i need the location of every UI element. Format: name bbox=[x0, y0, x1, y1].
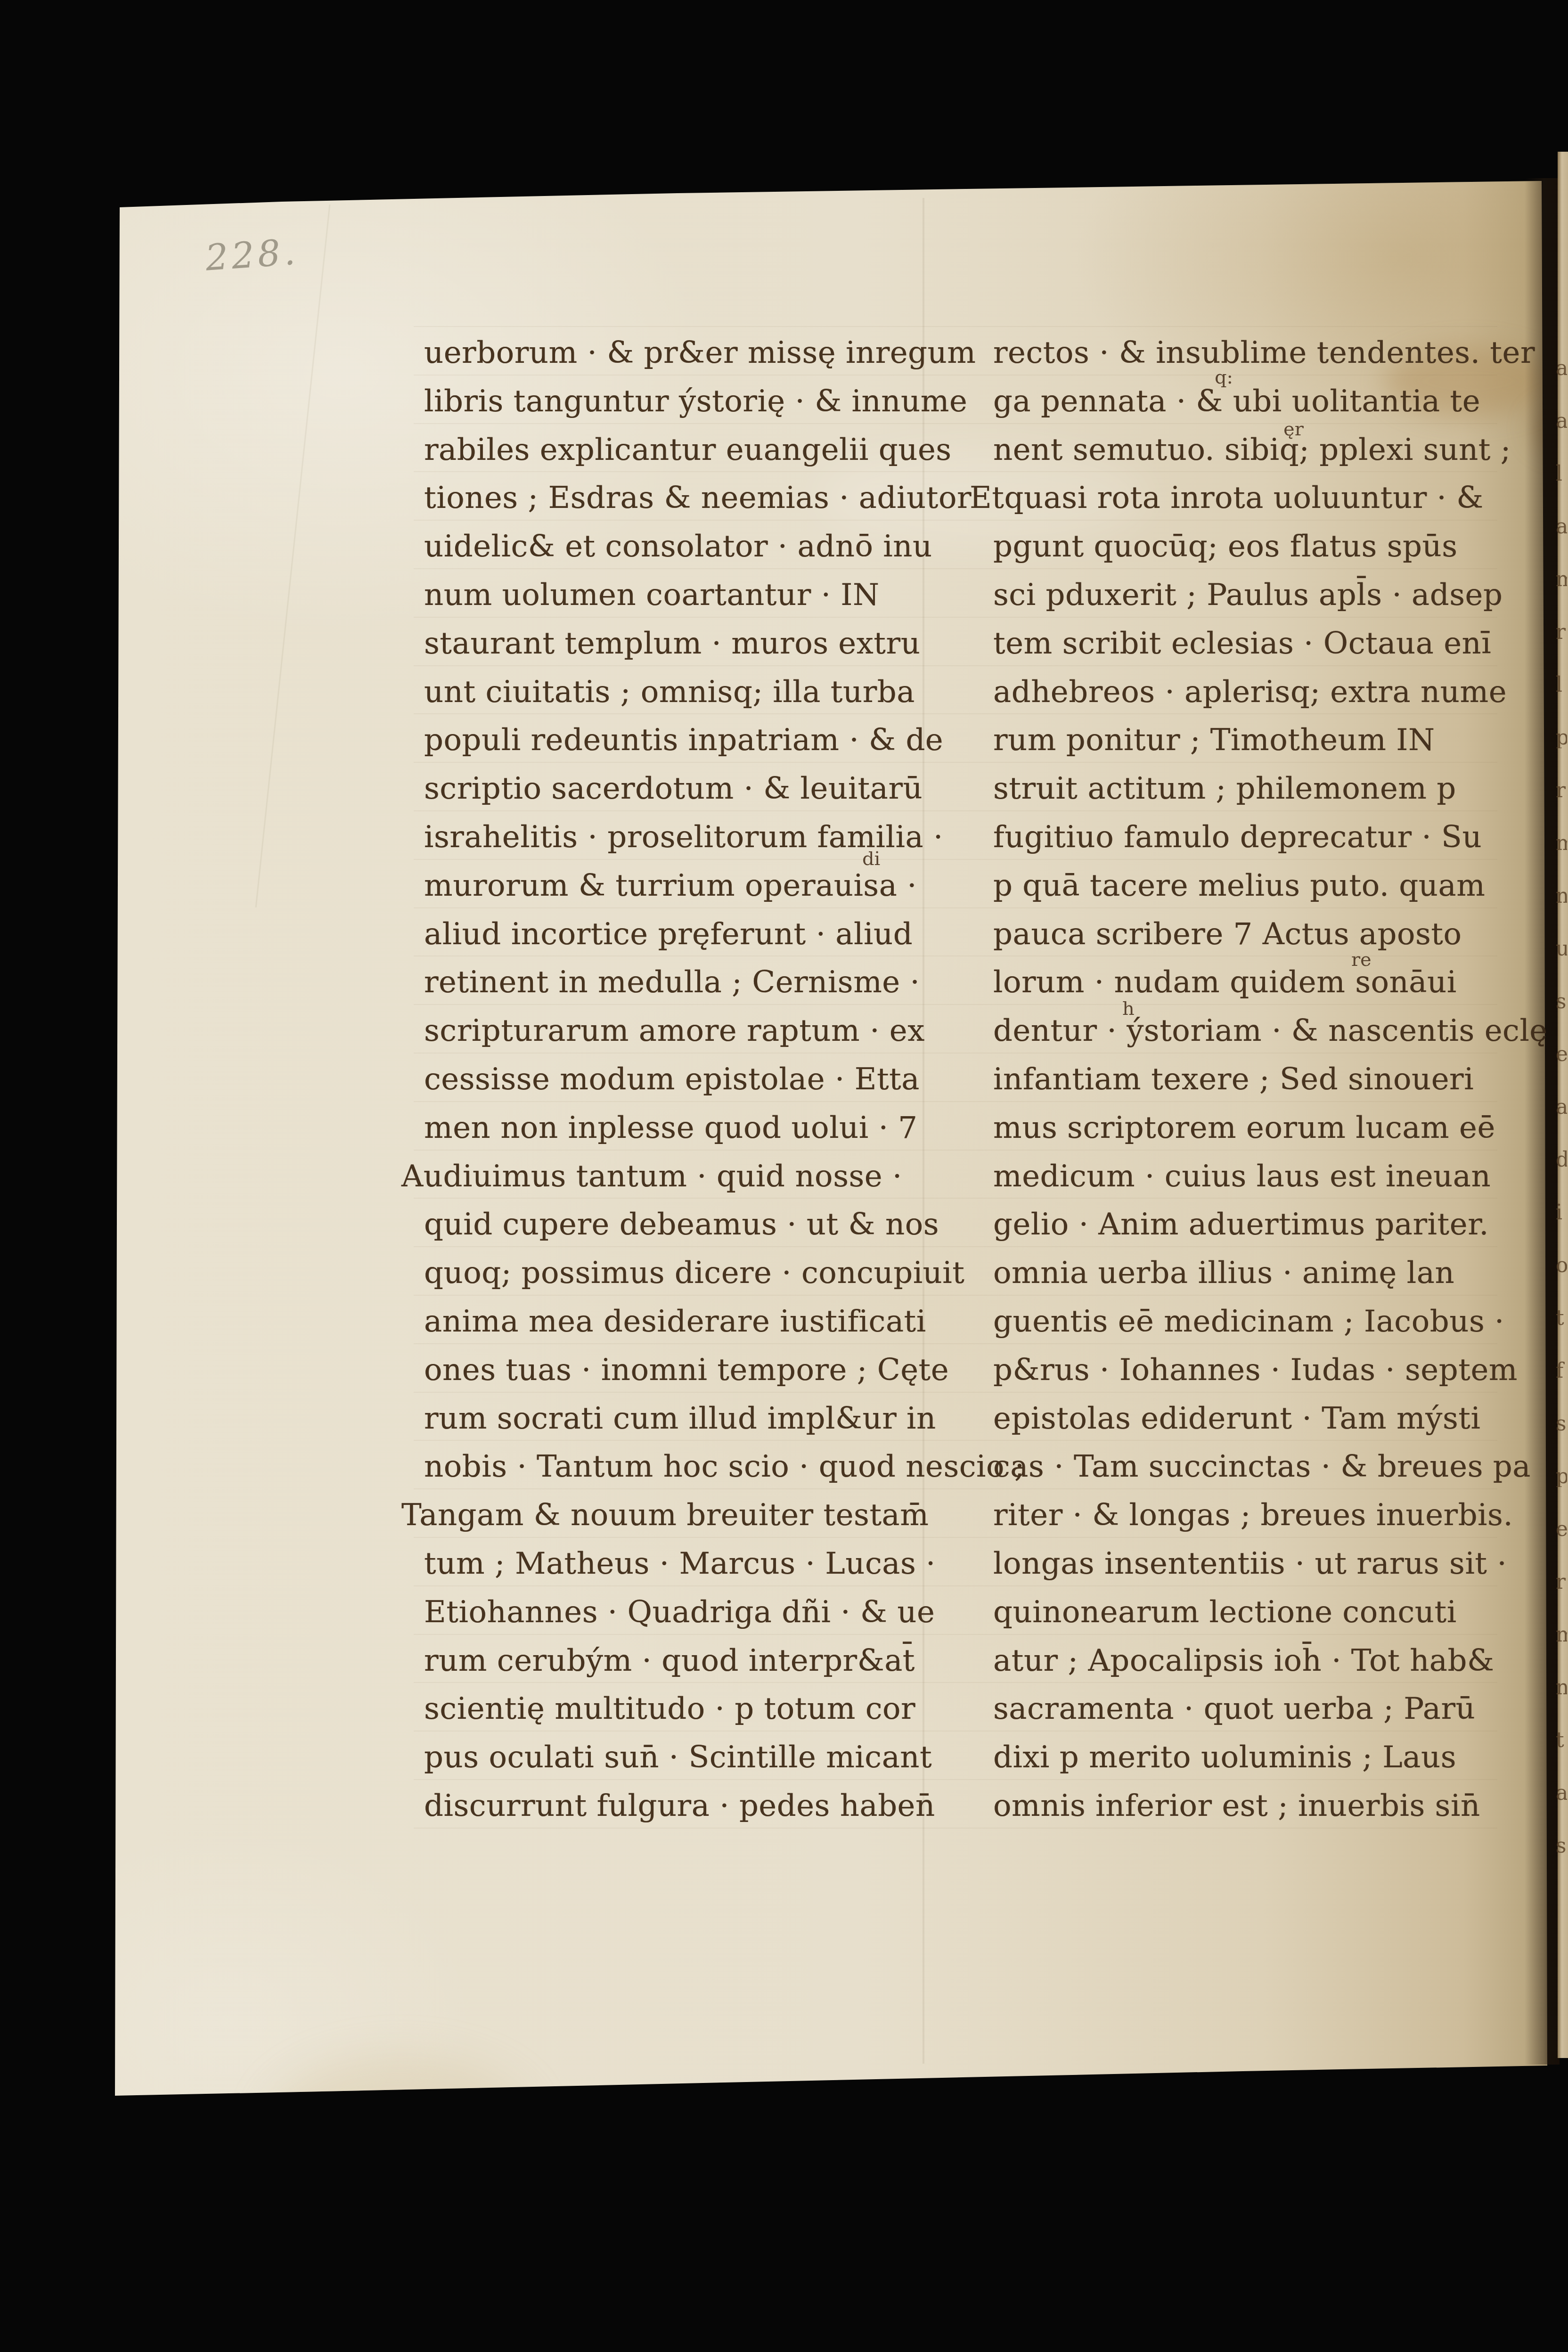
stain bbox=[268, 2056, 531, 2197]
fold-crease bbox=[923, 198, 924, 2064]
gutter-crease bbox=[1525, 178, 1560, 2065]
facing-page-edge bbox=[1558, 152, 1568, 2058]
ruling-lines bbox=[414, 326, 1497, 1876]
manuscript-photo: 228. uerborum · & pr&er missę inregumlib… bbox=[0, 0, 1568, 2352]
page-number: 228. bbox=[204, 230, 300, 279]
